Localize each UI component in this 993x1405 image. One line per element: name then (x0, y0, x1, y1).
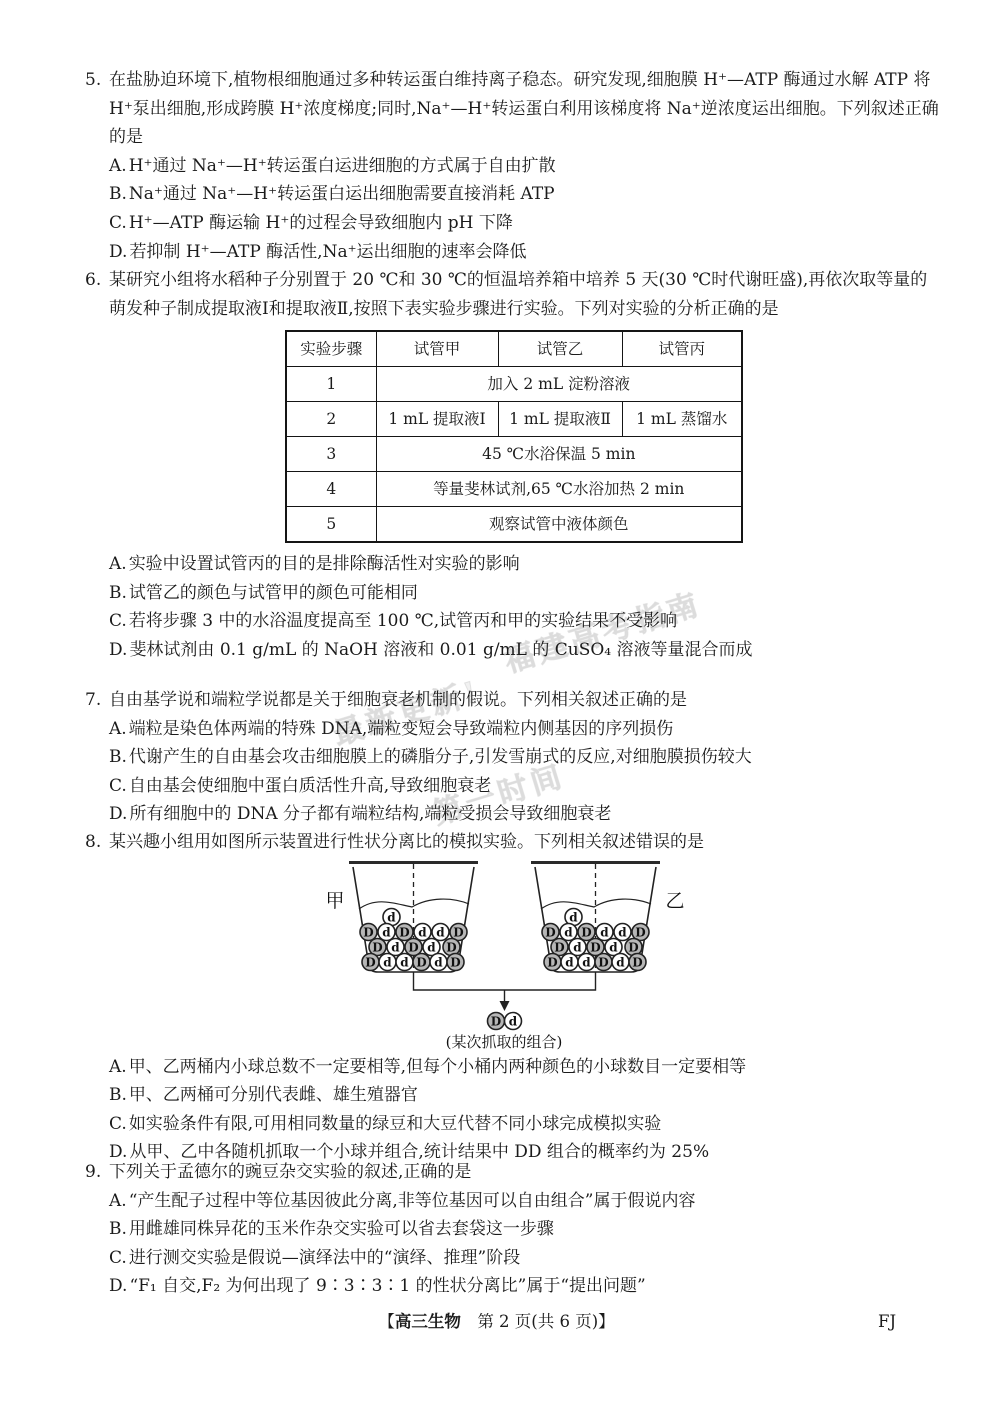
question-stem-text: 某兴趣小组用如图所示装置进行性状分离比的模拟实验。下列相关叙述错误的是 (109, 832, 704, 852)
question-8-option-a: A.甲、乙两桶内小球总数不一定要相等,但每个小桶内两种颜色的小球数目一定要相等 (85, 1053, 940, 1082)
option-label: D. (109, 640, 127, 660)
option-label: C. (109, 1114, 127, 1134)
option-text: H⁺通过 Na⁺—H⁺转运蛋白运进细胞的方式属于自由扩散 (129, 156, 556, 176)
option-text: 所有细胞中的 DNA 分子都有端粒结构,端粒受损会导致细胞衰老 (129, 804, 611, 824)
option-text: H⁺—ATP 酶运输 H⁺的过程会导致细胞内 pH 下降 (129, 213, 513, 233)
footer-code: FJ (878, 1310, 896, 1334)
option-text: 甲、乙两桶内小球总数不一定要相等,但每个小桶内两种颜色的小球数目一定要相等 (129, 1057, 746, 1077)
option-text: 试管乙的颜色与试管甲的颜色可能相同 (129, 583, 418, 603)
footer-subject: 高三生物 (395, 1312, 461, 1331)
question-8-stem: 8.某兴趣小组用如图所示装置进行性状分离比的模拟实验。下列相关叙述错误的是 (85, 828, 940, 857)
table-cell: 1 mL 提取液Ⅱ (498, 402, 622, 437)
bucket-left-label: 甲 (325, 890, 344, 912)
question-6-option-d: D.斐林试剂由 0.1 g/mL 的 NaOH 溶液和 0.01 g/mL 的 … (85, 636, 940, 665)
gamete-ball-letter: d (391, 940, 400, 954)
question-5-option-d: D.若抑制 H⁺—ATP 酶活性,Na⁺运出细胞的速率会降低 (85, 238, 940, 267)
question-9-stem: 9.下列关于孟德尔的豌豆杂交实验的叙述,正确的是 (85, 1158, 940, 1187)
table-cell: 1 mL 提取液Ⅰ (376, 402, 498, 437)
question-6-option-c: C.若将步骤 3 中的水浴温度提高至 100 ℃,试管丙和甲的实验结果不受影响 (85, 607, 940, 636)
gamete-ball-letter: D (416, 955, 426, 969)
gamete-ball-letter: D (581, 925, 591, 939)
table-cell-step: 2 (286, 402, 376, 437)
page-footer: 【高三生物 第 2 页(共 6 页)】 FJ (0, 1310, 993, 1334)
gamete-ball-letter: D (545, 925, 555, 939)
option-text: 甲、乙两桶可分别代表雌、雄生殖器官 (129, 1085, 418, 1105)
connector-lines (414, 972, 596, 990)
question-9: 9.下列关于孟德尔的豌豆杂交实验的叙述,正确的是 A.“产生配子过程中等位基因彼… (85, 1158, 940, 1301)
table-header-cell: 试管丙 (622, 331, 742, 367)
question-7: 7.自由基学说和端粒学说都是关于细胞衰老机制的假说。下列相关叙述正确的是 A.端… (85, 686, 940, 829)
gamete-ball-letter: D (363, 925, 373, 939)
question-5-stem: 5.在盐胁迫环境下,植物根细胞通过多种转运蛋白维持离子稳态。研究发现,细胞膜 H… (85, 66, 940, 152)
option-label: D. (109, 804, 127, 824)
option-text: 实验中设置试管丙的目的是排除酶活性对实验的影响 (129, 554, 520, 574)
option-label: B. (109, 583, 127, 603)
table-header-row: 实验步骤 试管甲 试管乙 试管丙 (286, 331, 742, 367)
question-stem-text: 某研究小组将水稻种子分别置于 20 ℃和 30 ℃的恒温培养箱中培养 5 天(3… (109, 270, 927, 319)
option-text: 斐林试剂由 0.1 g/mL 的 NaOH 溶液和 0.01 g/mL 的 Cu… (129, 640, 752, 660)
table-row: 3 45 ℃水浴保温 5 min (286, 437, 742, 472)
table-cell: 1 mL 蒸馏水 (622, 402, 742, 437)
question-9-option-d: D.“F₁ 自交,F₂ 为何出现了 9∶3∶3∶1 的性状分离比”属于“提出问题… (85, 1272, 940, 1301)
gamete-ball-letter: D (632, 955, 642, 969)
question-8-option-c: C.如实验条件有限,可用相同数量的绿豆和大豆代替不同小球完成模拟实验 (85, 1110, 940, 1139)
option-label: A. (109, 719, 127, 739)
trait-segregation-simulation-diagram: 甲 dDdDddDDdDdDDddDdD 乙 dDdDddDDdDdDDddDd… (295, 857, 715, 1053)
gamete-ball-letter: d (565, 955, 574, 969)
bucket-left-rim (349, 861, 478, 864)
question-7-stem: 7.自由基学说和端粒学说都是关于细胞衰老机制的假说。下列相关叙述正确的是 (85, 686, 940, 715)
footer-bracket: 【 (378, 1312, 395, 1331)
gamete-ball-letter: d (382, 925, 391, 939)
gamete-ball-letter: d (582, 955, 591, 969)
question-number: 5. (85, 66, 101, 95)
question-9-option-a: A.“产生配子过程中等位基因彼此分离,非等位基因可以自由组合”属于假说内容 (85, 1187, 940, 1216)
question-stem-text: 在盐胁迫环境下,植物根细胞通过多种转运蛋白维持离子稳态。研究发现,细胞膜 H⁺—… (109, 70, 939, 147)
result-pair-balls: Dd (488, 1012, 522, 1029)
table-header-cell: 试管乙 (498, 331, 622, 367)
option-text: 若抑制 H⁺—ATP 酶活性,Na⁺运出细胞的速率会降低 (129, 242, 526, 262)
option-label: A. (109, 554, 127, 574)
table-cell-step: 1 (286, 367, 376, 402)
footer-bracket: 】 (598, 1312, 615, 1331)
option-label: D. (109, 242, 127, 262)
gamete-ball-letter: D (450, 955, 460, 969)
question-8-option-b: B.甲、乙两桶可分别代表雌、雄生殖器官 (85, 1081, 940, 1110)
footer-page-info: 【高三生物 第 2 页(共 6 页)】 (0, 1310, 993, 1334)
option-text: 如实验条件有限,可用相同数量的绿豆和大豆代替不同小球完成模拟实验 (129, 1114, 661, 1134)
option-label: B. (109, 1085, 127, 1105)
option-label: B. (109, 747, 127, 767)
option-label: A. (109, 1191, 127, 1211)
option-text: “产生配子过程中等位基因彼此分离,非等位基因可以自由组合”属于假说内容 (129, 1191, 696, 1211)
gamete-ball-letter: D (491, 1014, 501, 1028)
question-7-option-b: B.代谢产生的自由基会攻击细胞膜上的磷脂分子,引发雪崩式的反应,对细胞膜损伤较大 (85, 743, 940, 772)
option-label: C. (109, 611, 127, 631)
question-5-option-c: C.H⁺—ATP 酶运输 H⁺的过程会导致细胞内 pH 下降 (85, 209, 940, 238)
gamete-ball-letter: d (509, 1014, 518, 1028)
gamete-ball-letter: d (418, 925, 427, 939)
exam-page: 福建高考指南 最新更新! 第一时间 5.在盐胁迫环境下,植物根细胞通过多种转运蛋… (0, 0, 993, 1405)
question-6: 6.某研究小组将水稻种子分别置于 20 ℃和 30 ℃的恒温培养箱中培养 5 天… (85, 266, 940, 665)
gamete-ball-letter: d (616, 955, 625, 969)
gamete-ball-letter: D (547, 955, 557, 969)
question-9-option-c: C.进行测交实验是假说—演绎法中的“演绎、推理”阶段 (85, 1244, 940, 1273)
gamete-ball-letter: d (387, 910, 396, 924)
table-row: 2 1 mL 提取液Ⅰ 1 mL 提取液Ⅱ 1 mL 蒸馏水 (286, 402, 742, 437)
question-number: 6. (85, 266, 101, 295)
question-6-stem: 6.某研究小组将水稻种子分别置于 20 ℃和 30 ℃的恒温培养箱中培养 5 天… (85, 266, 940, 323)
table-row: 5 观察试管中液体颜色 (286, 507, 742, 543)
bucket-right-label: 乙 (665, 890, 684, 912)
table-cell-step: 4 (286, 472, 376, 507)
question-5-option-a: A.H⁺通过 Na⁺—H⁺转运蛋白运进细胞的方式属于自由扩散 (85, 152, 940, 181)
option-label: C. (109, 213, 127, 233)
question-9-option-b: B.用雌雄同株异花的玉米作杂交实验可以省去套袋这一步骤 (85, 1215, 940, 1244)
option-text: 自由基会使细胞中蛋白质活性升高,导致细胞衰老 (129, 776, 491, 796)
option-label: C. (109, 776, 127, 796)
question-stem-text: 自由基学说和端粒学说都是关于细胞衰老机制的假说。下列相关叙述正确的是 (109, 690, 687, 710)
option-text: 端粒是染色体两端的特殊 DNA,端粒变短会导致端粒内侧基因的序列损伤 (129, 719, 674, 739)
question-stem-text: 下列关于孟德尔的豌豆杂交实验的叙述,正确的是 (109, 1162, 471, 1182)
table-header-cell: 试管甲 (376, 331, 498, 367)
gamete-ball-letter: D (399, 925, 409, 939)
bucket-right-balls: dDdDddDDdDdDDddDdD (542, 908, 649, 970)
option-label: B. (109, 1219, 127, 1239)
question-5-option-b: B.Na⁺通过 Na⁺—H⁺转运蛋白运出细胞需要直接消耗 ATP (85, 180, 940, 209)
question-6-option-a: A.实验中设置试管丙的目的是排除酶活性对实验的影响 (85, 550, 940, 579)
table-cell-step: 5 (286, 507, 376, 543)
arrow-head-icon (500, 1001, 510, 1011)
gamete-ball-letter: d (573, 940, 582, 954)
question-7-option-c: C.自由基会使细胞中蛋白质活性升高,导致细胞衰老 (85, 772, 940, 801)
question-number: 7. (85, 686, 101, 715)
gamete-ball-letter: d (569, 910, 578, 924)
experiment-steps-table: 实验步骤 试管甲 试管乙 试管丙 1 加入 2 mL 淀粉溶液 2 1 mL 提… (285, 330, 743, 543)
question-7-option-d: D.所有细胞中的 DNA 分子都有端粒结构,端粒受损会导致细胞衰老 (85, 800, 940, 829)
option-label: A. (109, 156, 127, 176)
gamete-ball-letter: D (365, 955, 375, 969)
footer-pages: 第 2 页(共 6 页) (477, 1312, 598, 1331)
option-label: A. (109, 1057, 127, 1077)
table-cell-step: 3 (286, 437, 376, 472)
table-cell: 加入 2 mL 淀粉溶液 (376, 367, 742, 402)
option-label: C. (109, 1248, 127, 1268)
gamete-ball-letter: D (446, 940, 456, 954)
gamete-ball-letter: D (590, 940, 600, 954)
option-text: 若将步骤 3 中的水浴温度提高至 100 ℃,试管丙和甲的实验结果不受影响 (129, 611, 677, 631)
gamete-ball-letter: D (372, 940, 382, 954)
diagram-caption: (某次抓取的组合) (446, 1033, 563, 1051)
option-text: 代谢产生的自由基会攻击细胞膜上的磷脂分子,引发雪崩式的反应,对细胞膜损伤较大 (129, 747, 752, 767)
gamete-ball-letter: d (436, 925, 445, 939)
gamete-ball-letter: d (564, 925, 573, 939)
question-5: 5.在盐胁迫环境下,植物根细胞通过多种转运蛋白维持离子稳态。研究发现,细胞膜 H… (85, 66, 940, 266)
gamete-ball-letter: D (598, 955, 608, 969)
table-row: 1 加入 2 mL 淀粉溶液 (286, 367, 742, 402)
table-cell: 观察试管中液体颜色 (376, 507, 742, 543)
gamete-ball-letter: d (383, 955, 392, 969)
table-header-cell: 实验步骤 (286, 331, 376, 367)
option-text: 进行测交实验是假说—演绎法中的“演绎、推理”阶段 (129, 1248, 520, 1268)
table-row: 4 等量斐林试剂,65 ℃水浴加热 2 min (286, 472, 742, 507)
question-number: 8. (85, 828, 101, 857)
table-cell: 等量斐林试剂,65 ℃水浴加热 2 min (376, 472, 742, 507)
option-text: Na⁺通过 Na⁺—H⁺转运蛋白运出细胞需要直接消耗 ATP (129, 184, 555, 204)
table-cell: 45 ℃水浴保温 5 min (376, 437, 742, 472)
gamete-ball-letter: D (635, 925, 645, 939)
gamete-ball-letter: D (408, 940, 418, 954)
option-label: B. (109, 184, 127, 204)
question-7-option-a: A.端粒是染色体两端的特殊 DNA,端粒变短会导致端粒内侧基因的序列损伤 (85, 715, 940, 744)
gamete-ball-letter: d (600, 925, 609, 939)
gamete-ball-letter: D (453, 925, 463, 939)
bucket-right-rim (531, 861, 660, 864)
gamete-ball-letter: d (609, 940, 618, 954)
question-6-option-b: B.试管乙的颜色与试管甲的颜色可能相同 (85, 579, 940, 608)
gamete-ball-letter: d (434, 955, 443, 969)
gamete-ball-letter: d (427, 940, 436, 954)
gamete-ball-letter: D (628, 940, 638, 954)
question-8: 8.某兴趣小组用如图所示装置进行性状分离比的模拟实验。下列相关叙述错误的是 甲 … (85, 828, 940, 1167)
option-text: “F₁ 自交,F₂ 为何出现了 9∶3∶3∶1 的性状分离比”属于“提出问题” (129, 1276, 645, 1296)
question-number: 9. (85, 1158, 101, 1187)
option-text: 用雌雄同株异花的玉米作杂交实验可以省去套袋这一步骤 (129, 1219, 554, 1239)
option-label: D. (109, 1276, 127, 1296)
gamete-ball-letter: d (400, 955, 409, 969)
gamete-ball-letter: D (554, 940, 564, 954)
gamete-ball-letter: d (618, 925, 627, 939)
bucket-left-balls: dDdDddDDdDdDDddDdD (360, 908, 467, 970)
